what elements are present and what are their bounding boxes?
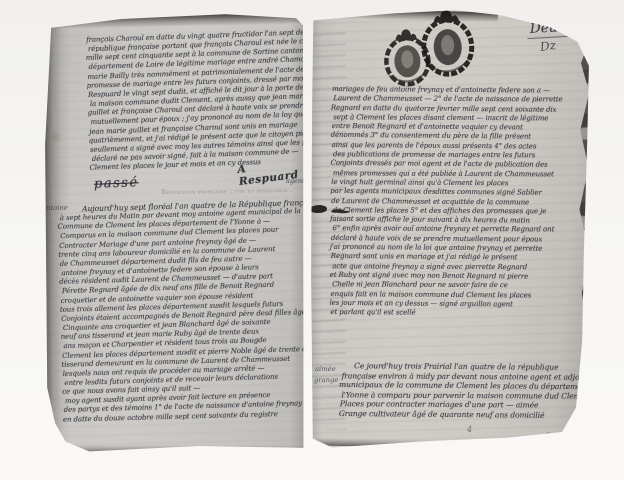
left-page-top-edge bbox=[53, 12, 305, 29]
margin-note-aimee: aimée bbox=[315, 365, 336, 373]
folio-paraph: Dz bbox=[539, 38, 557, 54]
right-page-paragraph-1: mariages de feu antoine freynay et d'ant… bbox=[330, 85, 566, 319]
folio-number: Deux bbox=[527, 19, 569, 39]
handwritten-line: l'Yonne à comparu pour parvenir la maiso… bbox=[341, 390, 575, 401]
handwritten-line: Grange cultivateur âgé de quarante neuf … bbox=[339, 409, 573, 421]
ink-stain bbox=[48, 130, 62, 144]
crowned-oval-stamp-icon bbox=[422, 9, 473, 75]
bleed-through-printed-motto: République française , une et indivisibl… bbox=[142, 187, 312, 197]
scanned-register-photo: françois Charoul en datte du vingt quatr… bbox=[0, 0, 624, 480]
paraph-mark: 4 bbox=[467, 425, 472, 434]
left-page-paragraph-2: Aujourd'huy sept floréal l'an quatre de … bbox=[58, 198, 310, 425]
left-page-paragraph-1: françois Charoul en datte du vingt quatr… bbox=[86, 28, 309, 173]
left-page-bottom-edge bbox=[60, 445, 304, 454]
signature-role: agent bbox=[286, 177, 305, 185]
crossed-out-word: passé bbox=[94, 175, 139, 192]
ink-blot bbox=[310, 205, 327, 213]
right-page: Deux Dz mariages de feu antoine freynay … bbox=[310, 8, 590, 452]
right-page-paragraph-2: Ce jourd'huy trois Prairial l'an quatre … bbox=[340, 361, 574, 420]
paraph-mark: 2 bbox=[544, 432, 552, 443]
margin-note-grange: grange bbox=[314, 376, 339, 384]
handwritten-line: sept à Clement les places disant clement… bbox=[333, 113, 567, 123]
right-page-bottom-edge bbox=[316, 437, 574, 450]
gutter-shadow-right bbox=[310, 8, 322, 452]
handwritten-line: 6° enfin après avoir ouï antoine freynay… bbox=[332, 225, 566, 235]
handwritten-line: les jour mois et an cy dessus — signé ar… bbox=[329, 299, 563, 310]
handwritten-line: mêmes promesses qui a été publiée à Laur… bbox=[333, 169, 567, 179]
left-page: françois Charoul en datte du vingt quatr… bbox=[42, 12, 304, 454]
handwritten-line: Chelle ni jean Blanchard pour ne savoir … bbox=[332, 280, 566, 290]
